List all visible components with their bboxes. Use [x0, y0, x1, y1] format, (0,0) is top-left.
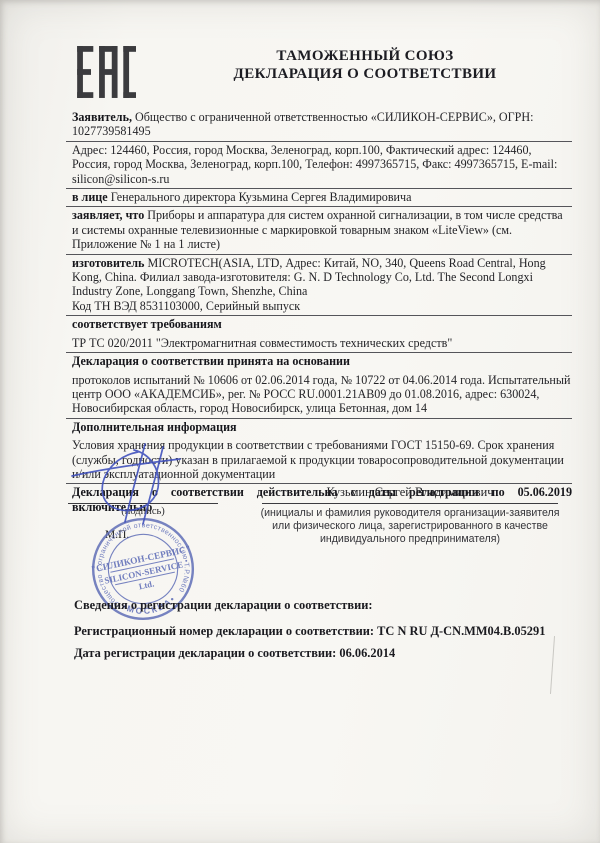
- complies-text: ТР ТС 020/2011 "Электромагнитная совмест…: [72, 336, 572, 350]
- address-text: Адрес: 124460, Россия, город Москва, Зел…: [72, 143, 557, 186]
- eac-logo-icon: [76, 44, 136, 100]
- scan-crease-artifact: [550, 636, 555, 694]
- stamp-center-line3: Ltd.: [138, 578, 155, 591]
- section-manufacturer: изготовитель MICROTECH(ASIA, LTD, Адрес:…: [66, 255, 572, 317]
- head-name-line: [262, 503, 558, 504]
- in-person-text: Генерального директора Кузьмина Сергея В…: [111, 190, 412, 204]
- registration-date-label: Дата регистрации декларации о соответств…: [74, 646, 336, 660]
- section-basis: Декларация о соответствии принята на осн…: [66, 353, 572, 419]
- manufacturer-label: изготовитель: [72, 256, 144, 270]
- head-name: Кузьмин Сергей Владимирович: [260, 485, 560, 500]
- document-title: ТАМОЖЕННЫЙ СОЮЗ ДЕКЛАРАЦИЯ О СООТВЕТСТВИ…: [150, 48, 580, 83]
- declares-label: заявляет, что: [72, 208, 144, 222]
- in-person-label: в лице: [72, 190, 108, 204]
- manufacturer-code: Код ТН ВЭД 8531103000, Серийный выпуск: [72, 299, 572, 313]
- registration-number-line: Регистрационный номер декларации о соотв…: [74, 624, 572, 639]
- registration-date-line: Дата регистрации декларации о соответств…: [74, 646, 572, 661]
- basis-label: Декларация о соответствии принята на осн…: [72, 354, 572, 368]
- registration-number-label: Регистрационный номер декларации о соотв…: [74, 624, 374, 638]
- head-name-caption: (инициалы и фамилия руководителя организ…: [254, 507, 566, 546]
- title-line-2: ДЕКЛАРАЦИЯ О СООТВЕТСТВИИ: [150, 66, 580, 84]
- section-applicant: Заявитель, Общество с ограниченной ответ…: [66, 109, 572, 142]
- registration-heading: Сведения о регистрации декларации о соот…: [74, 598, 572, 613]
- applicant-text: Общество с ограниченной ответственностью…: [72, 110, 533, 138]
- section-address: Адрес: 124460, Россия, город Москва, Зел…: [66, 142, 572, 189]
- manufacturer-text: MICROTECH(ASIA, LTD, Адрес: Китай, NO, 3…: [72, 256, 546, 299]
- registration-date-value: 06.06.2014: [339, 646, 395, 660]
- section-declares: заявляет, что Приборы и аппаратура для с…: [66, 207, 572, 254]
- section-in-person: в лице Генерального директора Кузьмина С…: [66, 189, 572, 207]
- scanned-declaration-page: ТАМОЖЕННЫЙ СОЮЗ ДЕКЛАРАЦИЯ О СООТВЕТСТВИ…: [0, 0, 600, 843]
- complies-label: соответствует требованиям: [72, 317, 572, 331]
- declares-text: Приборы и аппаратура для систем охранной…: [72, 208, 563, 251]
- additional-label: Дополнительная информация: [72, 420, 572, 434]
- basis-text: протоколов испытаний № 10606 от 02.06.20…: [72, 373, 572, 416]
- registration-number-value: ТС N RU Д-CN.ММ04.В.05291: [377, 624, 545, 638]
- applicant-label: Заявитель,: [72, 110, 132, 124]
- handwritten-signature: [68, 438, 218, 533]
- title-line-1: ТАМОЖЕННЫЙ СОЮЗ: [150, 48, 580, 66]
- section-complies: соответствует требованиям ТР ТС 020/2011…: [66, 316, 572, 353]
